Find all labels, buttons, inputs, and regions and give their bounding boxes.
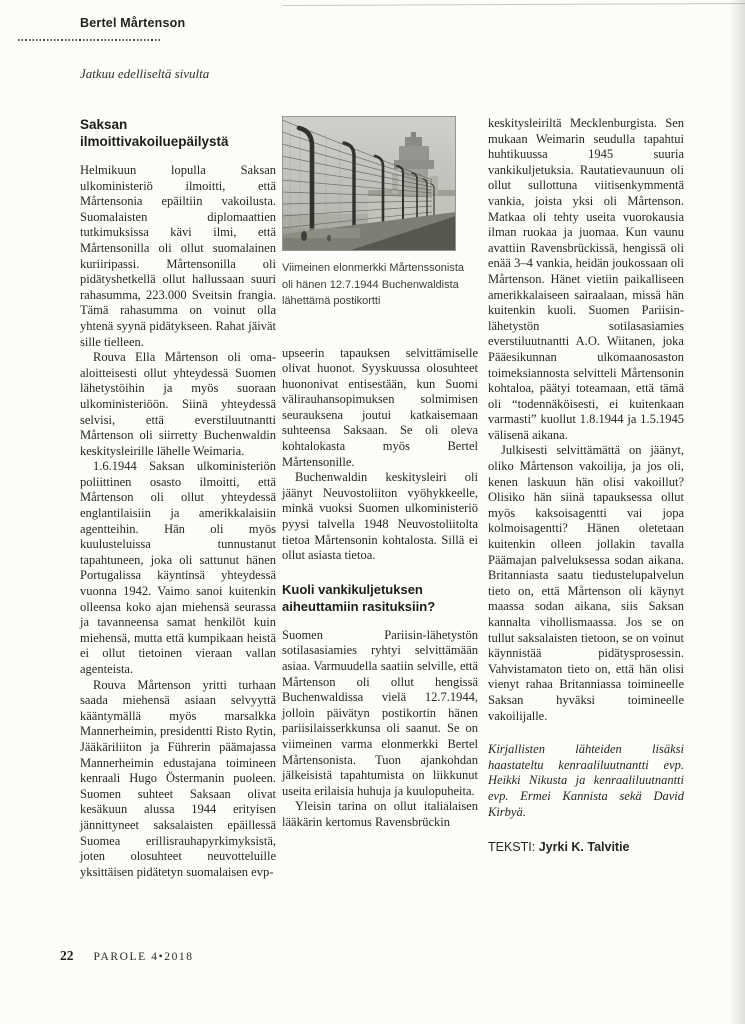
dotted-rule: [18, 39, 160, 41]
scan-edge-shadow: [729, 0, 745, 1024]
photo-caption: Viimeinen elonmerkki Mårtenssonista oli …: [282, 260, 470, 310]
paragraph: keskitysleiriltä Mecklenburgista. Sen mu…: [488, 116, 684, 443]
byline-label: TEKSTI:: [488, 840, 535, 854]
page-footer: 22 PAROLE 4•2018: [60, 948, 194, 964]
paragraph: upseerin tapauksen selvittämiselle oliva…: [282, 346, 478, 471]
paragraph: Rouva Mårtenson yritti turhaan saada mie…: [80, 678, 276, 881]
author-header: Bertel Mårtenson: [80, 16, 185, 30]
column-1: Saksan ilmoittivakoiluepäilystä Helmikuu…: [80, 116, 276, 880]
paragraph: Suomen Pariisin-lähetystön sotilasasiami…: [282, 628, 478, 800]
byline: TEKSTI: Jyrki K. Talvitie: [488, 840, 684, 856]
paragraph: Buchenwaldin keskitysleiri oli jäänyt Ne…: [282, 470, 478, 564]
paragraph: Rouva Ella Mårtenson oli oma-aloitteises…: [80, 350, 276, 459]
camp-photo: [282, 116, 456, 251]
column-2: Viimeinen elonmerkki Mårtenssonista oli …: [282, 116, 478, 831]
paragraph: Yleisin tarina on ollut italialaisen lää…: [282, 799, 478, 830]
paragraph: Helmikuun lopulla Saksan ulkoministeriö …: [80, 163, 276, 350]
column-2-body: upseerin tapauksen selvittämiselle oliva…: [282, 346, 478, 831]
scan-artifact-line: [283, 3, 745, 6]
paragraph: 1.6.1944 Saksan ulkoministeriön poliitti…: [80, 459, 276, 677]
byline-author: Jyrki K. Talvitie: [539, 840, 630, 854]
article-heading: Saksan ilmoittivakoiluepäilystä: [80, 116, 276, 150]
column-3: keskitysleiriltä Mecklenburgista. Sen mu…: [488, 116, 684, 856]
photo-figure: Viimeinen elonmerkki Mårtenssonista oli …: [282, 116, 478, 310]
magazine-issue: PAROLE 4•2018: [94, 951, 194, 963]
sub-heading: Kuoli vankikuljetuksen aiheuttamiin rasi…: [282, 581, 478, 615]
page-number: 22: [60, 948, 74, 964]
sources-note: Kirjallisten lähteiden lisäksi haastatel…: [488, 742, 684, 820]
magazine-page: Bertel Mårtenson Jatkuu edelliseltä sivu…: [0, 0, 745, 1024]
continuation-note: Jatkuu edelliseltä sivulta: [80, 66, 209, 82]
paragraph: Julkisesti selvittämättä on jäänyt, olik…: [488, 443, 684, 724]
